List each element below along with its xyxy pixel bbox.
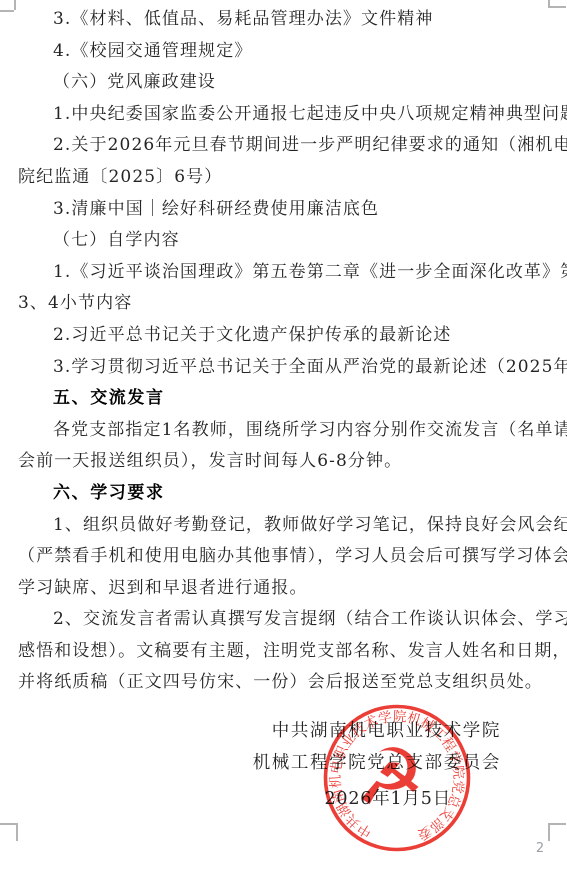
text-line: 3.学习贯彻习近平总书记关于全面从严治党的最新论述（2025年） (18, 352, 564, 384)
section-heading-line: 五、交流发言 (18, 383, 564, 415)
document-page: 3.《材料、低值品、易耗品管理办法》文件精神4.《校园交通管理规定》（六）党风廉… (0, 0, 567, 875)
page-number: 2 (531, 841, 549, 856)
text-line: 1、组织员做好考勤登记，教师做好学习笔记，保持良好会风会纪 (18, 510, 564, 542)
text-line: （七）自学内容 (18, 225, 564, 257)
text-line: 1.中央纪委国家监委公开通报七起违反中央八项规定精神典型问题 (18, 99, 564, 131)
text-line: 3.《材料、低值品、易耗品管理办法》文件精神 (18, 4, 564, 36)
text-line: 2、交流发言者需认真撰写发言提纲（结合工作谈认识体会、学习 (18, 604, 564, 636)
official-seal: 中共湖南机电职业技术学院机械工程学院党总支部委员会 ☭ (319, 700, 475, 856)
document-body: 3.《材料、低值品、易耗品管理办法》文件精神4.《校园交通管理规定》（六）党风廉… (18, 4, 564, 699)
text-line: 并将纸质稿（正文四号仿宋、一份）会后报送至党总支组织员处。 (18, 667, 564, 699)
text-line: 各党支部指定1名教师，围绕所学习内容分别作交流发言（名单请 (18, 415, 564, 447)
text-line: 2.关于2026年元旦春节期间进一步严明纪律要求的通知（湘机电职 (18, 130, 564, 162)
text-line: 4.《校园交通管理规定》 (18, 36, 564, 68)
text-line: 感悟和设想）。文稿要有主题，注明党支部名称、发言人姓名和日期， (18, 636, 564, 668)
text-line: 3、4小节内容 (18, 288, 564, 320)
text-line: 院纪监通〔2025〕6号） (18, 162, 564, 194)
section-heading-line: 六、学习要求 (18, 478, 564, 510)
text-line: 3.清廉中国｜绘好科研经费使用廉洁底色 (18, 194, 564, 226)
text-line: 会前一天报送组织员），发言时间每人6-8分钟。 (18, 446, 564, 478)
hammer-sickle-emblem: ☭ (355, 733, 425, 823)
text-line: 学习缺席、迟到和早退者进行通报。 (18, 573, 564, 605)
text-line: 1.《习近平谈治国理政》第五卷第二章《进一步全面深化改革》第 (18, 257, 564, 289)
text-line: 2.习近平总书记关于文化遗产保护传承的最新论述 (18, 320, 564, 352)
text-line: （严禁看手机和使用电脑办其他事情），学习人员会后可撰写学习体会。 (18, 541, 564, 573)
text-line: （六）党风廉政建设 (18, 67, 564, 99)
